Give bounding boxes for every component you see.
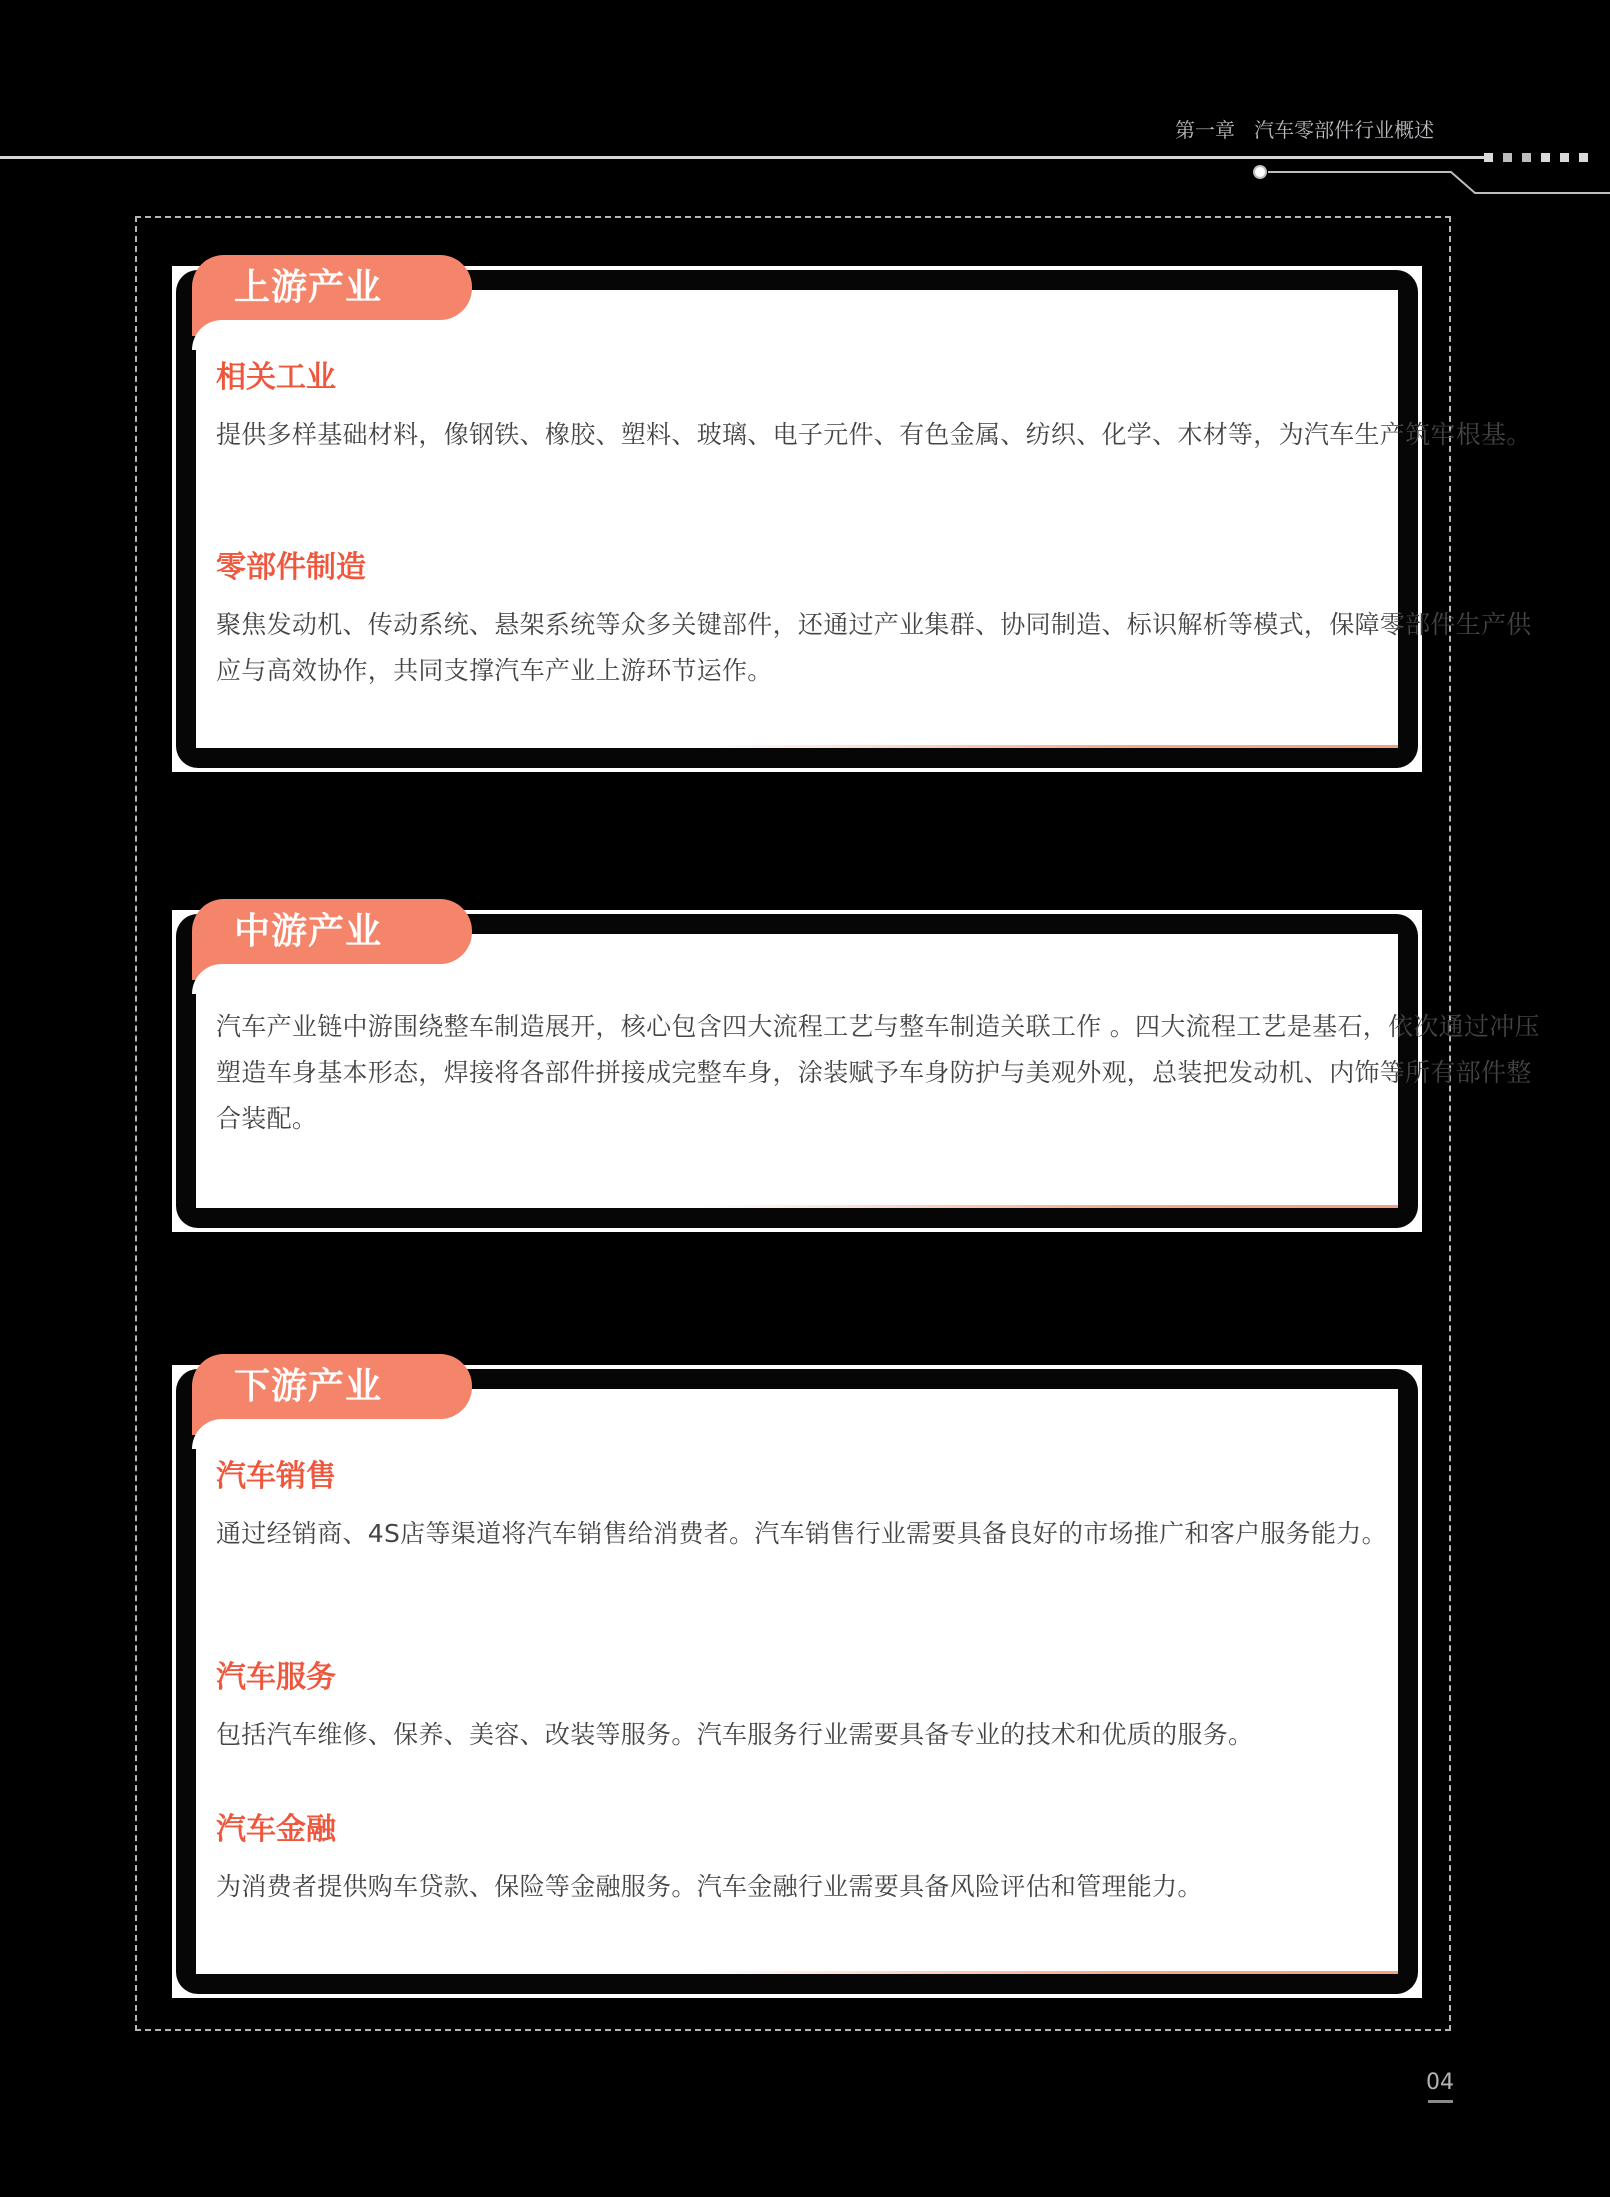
card-label: 上游产业 — [234, 259, 382, 310]
card-upstream: 上游产业 — [172, 266, 1422, 772]
section-body: 包括汽车维修、保养、美容、改装等服务。汽车服务行业需要具备专业的技术和优质的服务… — [216, 1712, 1550, 1758]
section-title: 汽车服务 — [216, 1658, 1550, 1698]
section-body: 聚焦发动机、传动系统、悬架系统等众多关键部件，还通过产业集群、协同制造、标识解析… — [216, 602, 1550, 694]
accent-gradient-line — [701, 1205, 1398, 1208]
section-midstream-overview: 汽车产业链中游围绕整车制造展开，核心包含四大流程工艺与整车制造关联工作 。四大流… — [216, 1004, 1550, 1142]
accent-gradient-line — [701, 1971, 1398, 1974]
section-auto-finance: 汽车金融 为消费者提供购车贷款、保险等金融服务。汽车金融行业需要具备风险评估和管… — [216, 1810, 1550, 1910]
section-title: 零部件制造 — [216, 548, 1550, 588]
section-body: 提供多样基础材料，像钢铁、橡胶、塑料、玻璃、电子元件、有色金属、纺织、化学、木材… — [216, 412, 1550, 458]
card-label: 下游产业 — [234, 1358, 382, 1409]
section-title: 相关工业 — [216, 358, 1550, 398]
section-auto-service: 汽车服务 包括汽车维修、保养、美容、改装等服务。汽车服务行业需要具备专业的技术和… — [216, 1658, 1550, 1758]
node-circle-icon — [1254, 166, 1266, 178]
accent-gradient-line — [701, 745, 1398, 748]
card-label: 中游产业 — [234, 903, 382, 954]
section-parts-manufacturing: 零部件制造 聚焦发动机、传动系统、悬架系统等众多关键部件，还通过产业集群、协同制… — [216, 548, 1550, 694]
section-related-industry: 相关工业 提供多样基础材料，像钢铁、橡胶、塑料、玻璃、电子元件、有色金属、纺织、… — [216, 358, 1550, 458]
card-label-pill: 上游产业 — [192, 255, 472, 320]
section-title: 汽车金融 — [216, 1810, 1550, 1850]
card-label-pill: 下游产业 — [192, 1354, 472, 1419]
section-title: 汽车销售 — [216, 1457, 1550, 1497]
section-body: 为消费者提供购车贷款、保险等金融服务。汽车金融行业需要具备风险评估和管理能力。 — [216, 1864, 1550, 1910]
section-body: 汽车产业链中游围绕整车制造展开，核心包含四大流程工艺与整车制造关联工作 。四大流… — [216, 1004, 1550, 1142]
section-body: 通过经销商、4S店等渠道将汽车销售给消费者。汽车销售行业需要具备良好的市场推广和… — [216, 1511, 1550, 1557]
card-label-pill: 中游产业 — [192, 899, 472, 964]
page-number: 04 — [1426, 2070, 1454, 2095]
page-number-underline — [1428, 2100, 1453, 2103]
circuit-line-decoration — [0, 0, 1610, 220]
section-auto-sales: 汽车销售 通过经销商、4S店等渠道将汽车销售给消费者。汽车销售行业需要具备良好的… — [216, 1457, 1550, 1557]
